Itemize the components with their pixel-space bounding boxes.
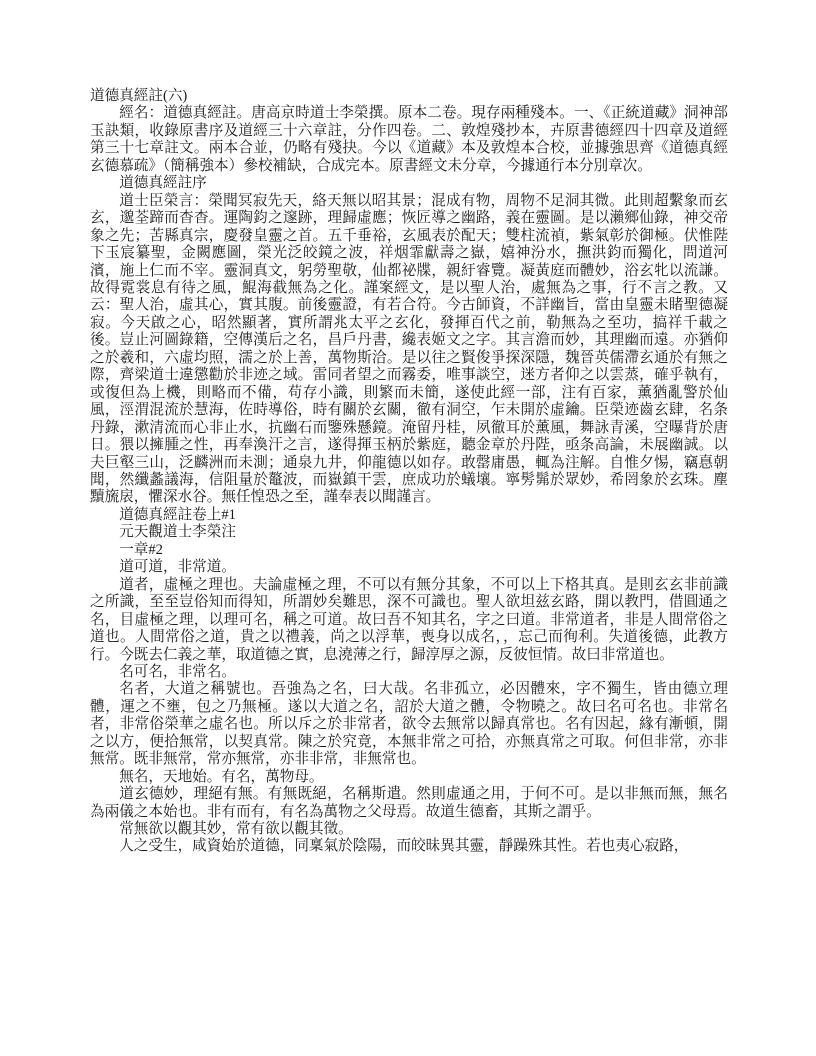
paragraph-scripture-4: 常無欲以觀其妙，常有欲以觀其徵。 bbox=[90, 821, 728, 838]
paragraph-scripture-2: 名可名，非常名。 bbox=[90, 664, 728, 681]
paragraph-scripture-1: 道可道，非常道。 bbox=[90, 559, 728, 576]
paragraph-commentary-2: 名者，大道之稱號也。吾強為之名，曰大哉。名非孤立，必因體來，字不獨生，皆由德立理… bbox=[90, 681, 728, 768]
paragraph-commentary-4: 人之受生，咸資始於道德，同稟氣於陰陽，而皎昧異其靈，靜躁殊其性。若也夷心寂路， bbox=[90, 838, 728, 855]
paragraph-commentary-1: 道者，虛極之理也。夫論虛極之理，不可以有無分其象，不可以上下格其真。是則玄玄非前… bbox=[90, 577, 728, 664]
paragraph-scripture-3: 無名，天地始。有名，萬物母。 bbox=[90, 769, 728, 786]
paragraph-author: 元天觀道士李榮注 bbox=[90, 524, 728, 541]
paragraph-commentary-3: 道玄德妙，理絕有無。有無既絕，名稱斯遣。然則虛通之用，于何不可。是以非無而無，無… bbox=[90, 786, 728, 821]
doc-title: 道德真經註(六) bbox=[90, 88, 728, 105]
paragraph-preface: 道士臣榮言：榮聞冥寂先天，絡天無以昭其景；混成有物，周物不足洞其微。此則超繫象而… bbox=[90, 193, 728, 507]
paragraph-intro: 經名：道德真經註。唐高京時道士李榮撰。原本二卷。現存兩種殘本。一、《正統道藏》洞… bbox=[90, 105, 728, 175]
document-page: 道德真經註(六) 經名：道德真經註。唐高京時道士李榮撰。原本二卷。現存兩種殘本。… bbox=[90, 88, 728, 856]
section-heading-volume: 道德真經註卷上#1 bbox=[90, 507, 728, 524]
section-heading-preface: 道德真經註序 bbox=[90, 175, 728, 192]
section-heading-chapter: 一章#2 bbox=[90, 542, 728, 559]
